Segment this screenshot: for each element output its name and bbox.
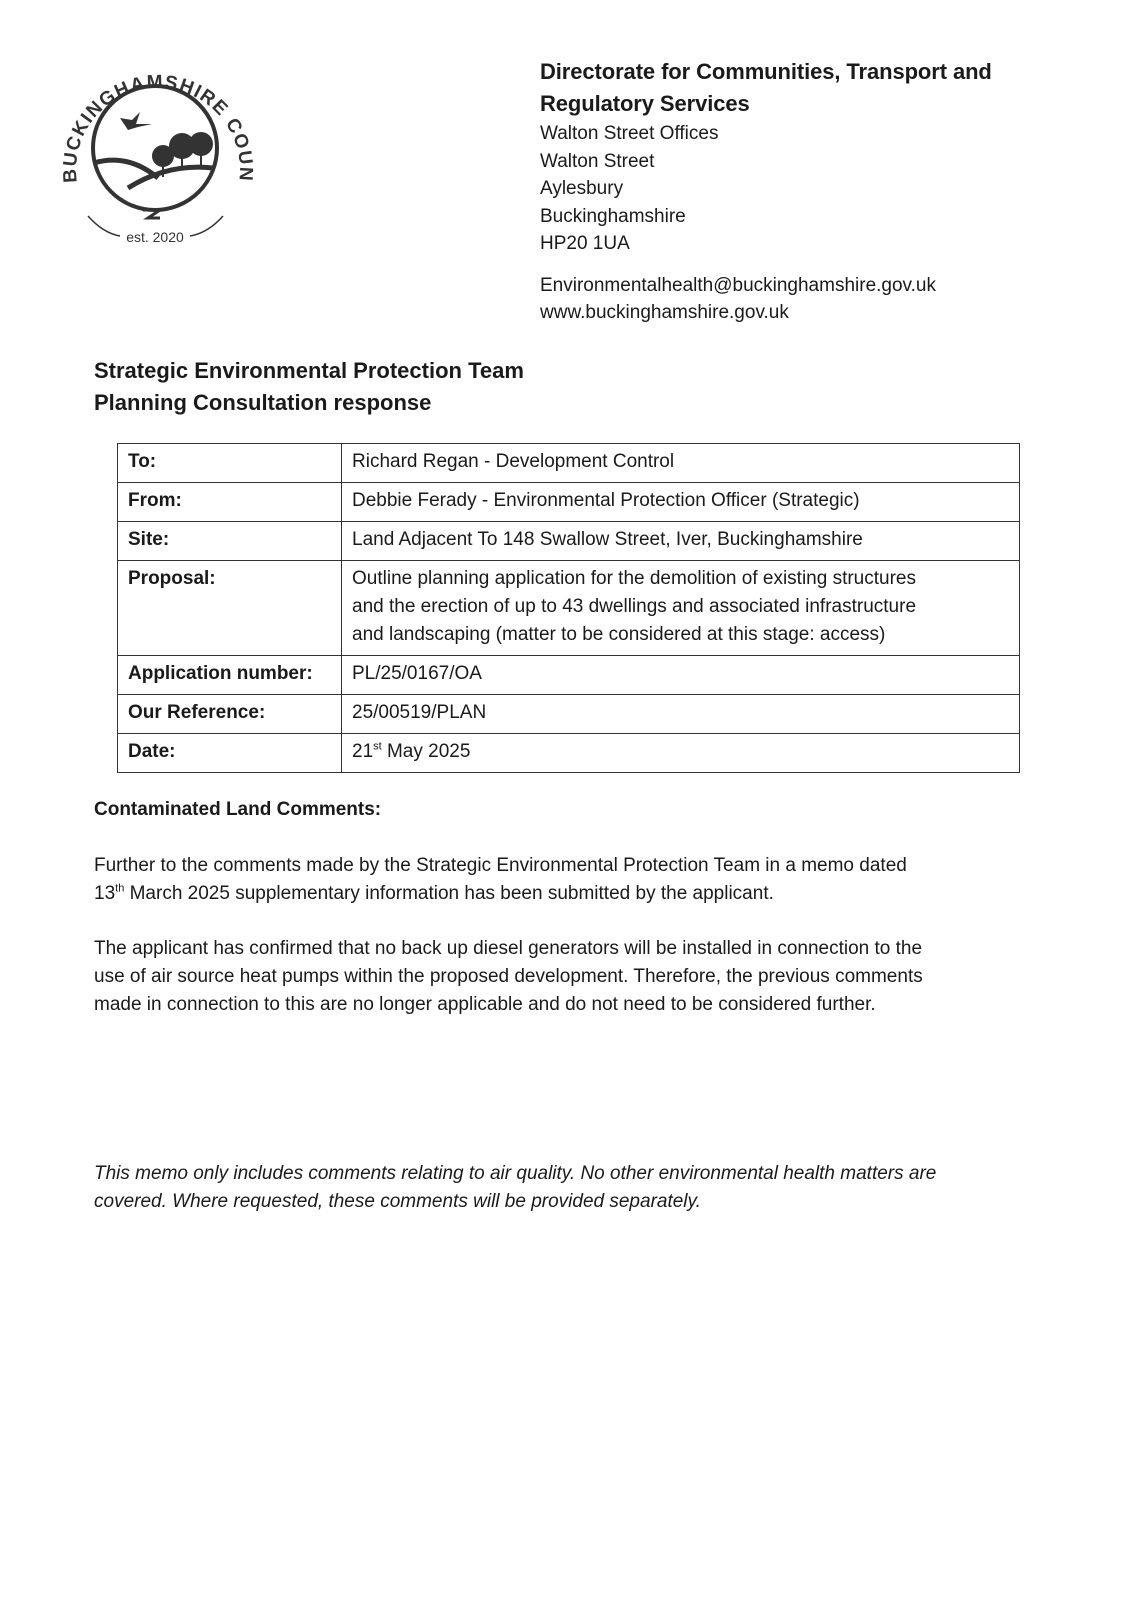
row-value-to: Richard Regan - Development Control xyxy=(342,444,1020,483)
row-label: Site: xyxy=(118,522,342,561)
row-label: Application number: xyxy=(118,656,342,695)
memo-details-table: To: Richard Regan - Development Control … xyxy=(117,443,1020,773)
address-postcode: HP20 1UA xyxy=(540,230,1100,258)
proposal-line: and landscaping (matter to be considered… xyxy=(352,621,1009,649)
row-label: To: xyxy=(118,444,342,483)
row-value-site: Land Adjacent To 148 Swallow Street, Ive… xyxy=(342,522,1020,561)
table-row: Date: 21st May 2025 xyxy=(118,734,1020,773)
address-line: Aylesbury xyxy=(540,175,1100,203)
row-value-from: Debbie Ferady - Environmental Protection… xyxy=(342,483,1020,522)
document-type: Planning Consultation response xyxy=(94,387,524,419)
address-line: Buckinghamshire xyxy=(540,203,1100,231)
logo-text: BUCKINGHAMSHIRE COUNCIL xyxy=(48,38,256,183)
table-row: Site: Land Adjacent To 148 Swallow Stree… xyxy=(118,522,1020,561)
proposal-line: and the erection of up to 43 dwellings a… xyxy=(352,593,1009,621)
table-row: Proposal: Outline planning application f… xyxy=(118,561,1020,656)
directorate-title-line2: Regulatory Services xyxy=(540,88,1100,120)
paragraph-1: Further to the comments made by the Stra… xyxy=(94,852,1034,908)
contact-email: Environmentalhealth@buckinghamshire.gov.… xyxy=(540,272,1100,300)
row-label: Our Reference: xyxy=(118,695,342,734)
row-value-date: 21st May 2025 xyxy=(342,734,1020,773)
section-heading: Contaminated Land Comments: xyxy=(94,796,381,824)
svg-text:est. 2020: est. 2020 xyxy=(126,229,184,245)
table-row: Our Reference: 25/00519/PLAN xyxy=(118,695,1020,734)
directorate-title-line1: Directorate for Communities, Transport a… xyxy=(540,56,1100,88)
address-line: Walton Street xyxy=(540,148,1100,176)
table-row: From: Debbie Ferady - Environmental Prot… xyxy=(118,483,1020,522)
council-crest-icon: BUCKINGHAMSHIRE COUNCIL est. 2020 xyxy=(48,38,258,253)
row-value-application-number: PL/25/0167/OA xyxy=(342,656,1020,695)
proposal-line: Outline planning application for the dem… xyxy=(352,565,1009,593)
table-row: Application number: PL/25/0167/OA xyxy=(118,656,1020,695)
paragraph-2: The applicant has confirmed that no back… xyxy=(94,935,1034,1019)
address-line: Walton Street Offices xyxy=(540,120,1100,148)
row-label: From: xyxy=(118,483,342,522)
contact-website: www.buckinghamshire.gov.uk xyxy=(540,299,1100,327)
row-value-reference: 25/00519/PLAN xyxy=(342,695,1020,734)
team-name: Strategic Environmental Protection Team xyxy=(94,355,524,387)
page-title: Strategic Environmental Protection Team … xyxy=(94,355,524,419)
org-address-block: Directorate for Communities, Transport a… xyxy=(540,56,1100,327)
row-value-proposal: Outline planning application for the dem… xyxy=(342,561,1020,656)
svg-text:BUCKINGHAMSHIRE COUNCIL: BUCKINGHAMSHIRE COUNCIL xyxy=(48,38,256,183)
row-label: Proposal: xyxy=(118,561,342,656)
table-row: To: Richard Regan - Development Control xyxy=(118,444,1020,483)
row-label: Date: xyxy=(118,734,342,773)
council-logo: BUCKINGHAMSHIRE COUNCIL est. 2020 xyxy=(48,38,258,253)
disclaimer-note: This memo only includes comments relatin… xyxy=(94,1160,1044,1216)
